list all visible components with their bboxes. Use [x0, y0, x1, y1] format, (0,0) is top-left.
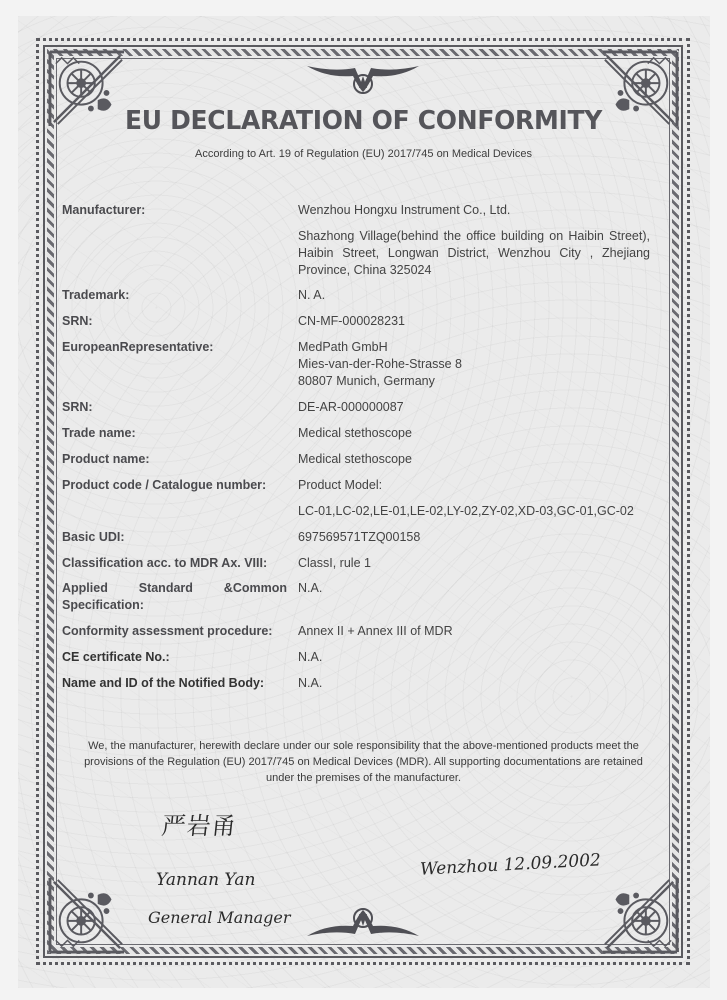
representative-city: 80807 Munich, Germany [298, 373, 650, 390]
representative-street: Mies-van-der-Rohe-Strasse 8 [298, 356, 650, 373]
inner-border-line [56, 58, 670, 945]
field-value: Product Model: [298, 477, 650, 494]
field-label: Trade name: [62, 425, 287, 442]
chinese-signature: 严岩甬 [160, 806, 239, 841]
representative-name: MedPath GmbH [298, 339, 650, 356]
signatory-name: Yannan Yan [156, 870, 255, 890]
field-label: SRN: [62, 399, 287, 416]
field-label: Applied Standard &Common Specification: [62, 580, 287, 614]
field-label: Name and ID of the Notified Body: [62, 675, 287, 692]
field-value: Medical stethoscope [298, 425, 650, 442]
top-crest-ornament-icon [303, 62, 423, 98]
document-subtitle: According to Art. 19 of Regulation (EU) … [0, 148, 727, 160]
field-label: Conformity assessment procedure: [62, 623, 287, 640]
field-value: DE-AR-000000087 [298, 399, 650, 416]
field-value: ClassI, rule 1 [298, 555, 650, 572]
field-value: N.A. [298, 675, 650, 692]
corner-ornament-icon [601, 876, 679, 954]
field-label: EuropeanRepresentative: [62, 339, 287, 356]
field-value: N.A. [298, 580, 650, 597]
field-label: SRN: [62, 313, 287, 330]
field-value: N. A. [298, 287, 650, 304]
bottom-crest-ornament-icon [303, 904, 423, 940]
corner-ornament-icon [48, 876, 126, 954]
field-label: Trademark: [62, 287, 287, 304]
field-value: CN-MF-000028231 [298, 313, 650, 330]
field-label: Manufacturer: [62, 202, 287, 219]
declaration-statement: We, the manufacturer, herewith declare u… [72, 738, 655, 786]
field-label: Product code / Catalogue number: [62, 477, 287, 494]
field-value: Annex II + Annex III of MDR [298, 623, 650, 640]
field-label: Basic UDI: [62, 529, 287, 546]
field-value: 697569571TZQ00158 [298, 529, 650, 546]
field-value: Wenzhou Hongxu Instrument Co., Ltd. [298, 202, 650, 219]
field-value: LC-01,LC-02,LE-01,LE-02,LY-02,ZY-02,XD-0… [298, 503, 650, 520]
field-value: Medical stethoscope [298, 451, 650, 468]
field-value: Shazhong Village(behind the office build… [298, 228, 650, 279]
field-label: Product name: [62, 451, 287, 468]
field-value: MedPath GmbH Mies-van-der-Rohe-Strasse 8… [298, 339, 650, 390]
field-label: Classification acc. to MDR Ax. VIII: [62, 555, 287, 572]
field-value: N.A. [298, 649, 650, 666]
document-title: EU DECLARATION OF CONFORMITY [15, 106, 713, 136]
signatory-title: General Manager [148, 908, 291, 927]
field-label: CE certificate No.: [62, 649, 287, 666]
